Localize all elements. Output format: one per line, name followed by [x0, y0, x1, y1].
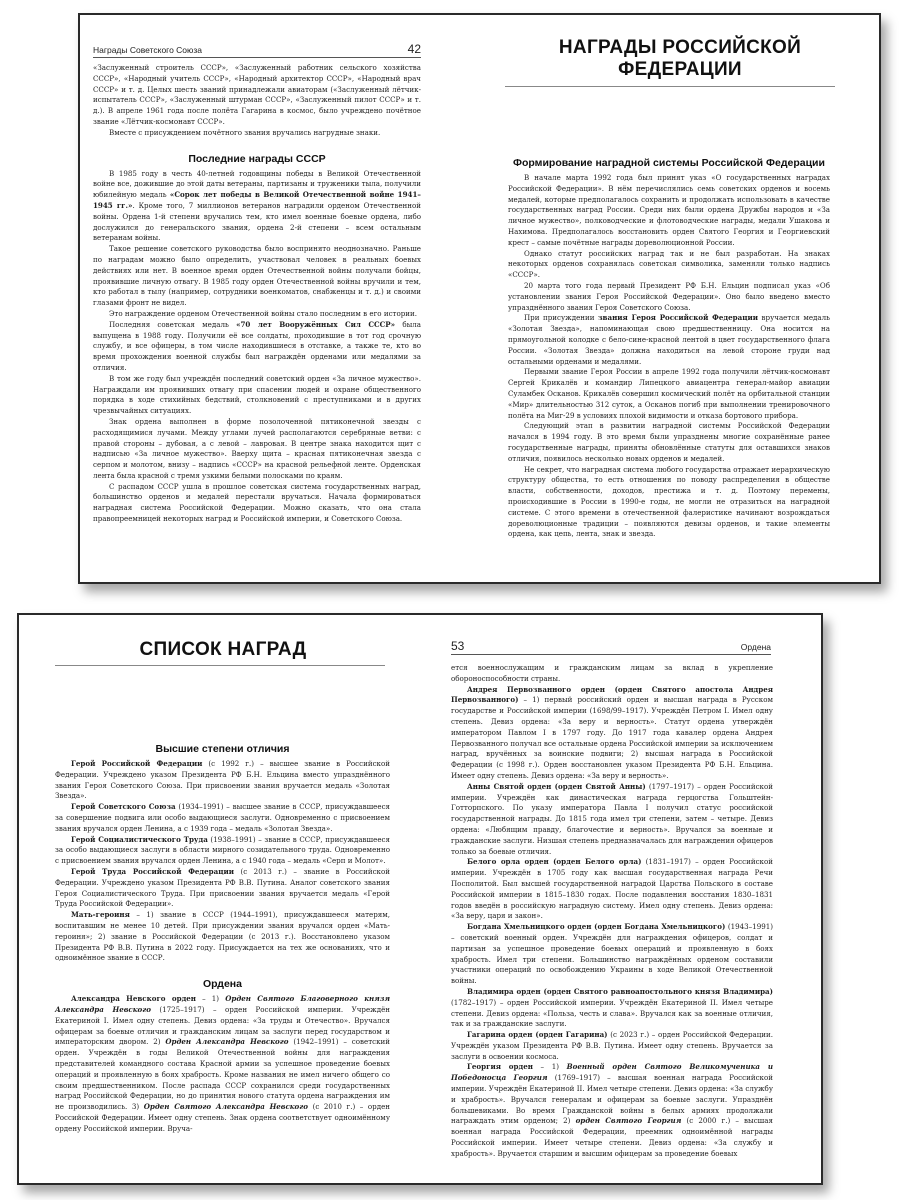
paragraph: В 1985 году в честь 40-летней годовщины … — [93, 169, 421, 245]
body-text: Высшие степени отличия Герой Российской … — [55, 743, 390, 1135]
paragraph: 20 марта того года первый Президент РФ Б… — [508, 281, 830, 313]
body-text: ется военнослужащим и гражданским лицам … — [451, 663, 773, 1160]
bottom-book-spread: СПИСОК НАГРАД Высшие степени отличия Гер… — [17, 613, 823, 1185]
chapter-title: НАГРАДЫ РОССИЙСКОЙ ФЕДЕРАЦИИ — [520, 37, 840, 81]
top-book-spread: Награды Советского Союза 42 «Заслуженный… — [78, 13, 881, 584]
award-entry: Владимира орден (орден Святого равноапос… — [451, 987, 773, 1030]
running-head: 53 Ордена — [451, 636, 771, 655]
paragraph: Это награждение орденом Отечественной во… — [93, 309, 421, 320]
award-entry: Георгия орден – 1) Военный орден Святого… — [451, 1062, 773, 1159]
award-entry: Александра Невского орден – 1) Орден Свя… — [55, 994, 390, 1134]
paragraph: С распадом СССР ушла в прошлое советская… — [93, 482, 421, 525]
page-42: Награды Советского Союза 42 «Заслуженный… — [80, 15, 500, 582]
paragraph: Вместе с присуждением почётного звания в… — [93, 128, 421, 139]
paragraph: Следующий этап в развитии наградной сист… — [508, 421, 830, 464]
running-head-title: Ордена — [741, 642, 771, 652]
award-entry: Герой Российской Федерации (с 1992 г.) –… — [55, 759, 390, 802]
award-entry: Анны Святой орден (орден Святой Анны) (1… — [451, 782, 773, 858]
paragraph: В том же году был учреждён последний сов… — [93, 374, 421, 417]
paragraph: ется военнослужащим и гражданским лицам … — [451, 663, 773, 685]
section-heading: Высшие степени отличия — [55, 743, 390, 756]
award-entry: Герой Советского Союза (1934–1991) – выс… — [55, 802, 390, 834]
section-heading: Последние награды СССР — [93, 153, 421, 166]
section-heading: Формирование наградной системы Российско… — [508, 157, 830, 170]
paragraph: Однако статут российских наград так и не… — [508, 249, 830, 281]
page-number: 53 — [451, 640, 464, 652]
title-divider — [55, 665, 385, 666]
award-entry: Герой Труда Российской Федерации (с 2013… — [55, 867, 390, 910]
paragraph: Такое решение советского руководства был… — [93, 244, 421, 309]
award-entry: Белого орла орден (орден Белого орла) (1… — [451, 857, 773, 922]
paragraph: «Заслуженный строитель СССР», «Заслуженн… — [93, 63, 421, 128]
running-head: Награды Советского Союза 42 — [93, 39, 421, 58]
body-text: «Заслуженный строитель СССР», «Заслуженн… — [93, 63, 421, 525]
section-heading: Ордена — [55, 978, 390, 991]
title-divider — [505, 86, 835, 87]
paragraph: Не секрет, что наградная система любого … — [508, 465, 830, 541]
running-head-title: Награды Советского Союза — [93, 45, 202, 55]
page-53: 53 Ордена ется военнослужащим и гражданс… — [439, 615, 821, 1183]
paragraph: Первыми звание Героя России в апреле 199… — [508, 367, 830, 421]
award-entry: Гагарина орден (орден Гагарина) (с 2023 … — [451, 1030, 773, 1062]
chapter-opening-page: НАГРАДЫ РОССИЙСКОЙ ФЕДЕРАЦИИ Формировани… — [500, 15, 880, 582]
award-entry: Герой Социалистического Труда (1938–1991… — [55, 835, 390, 867]
chapter-title: СПИСОК НАГРАД — [55, 639, 391, 661]
chapter-opening-page: СПИСОК НАГРАД Высшие степени отличия Гер… — [19, 615, 439, 1183]
paragraph: В начале марта 1992 года был принят указ… — [508, 173, 830, 249]
award-entry: Андрея Первозванного орден (орден Святог… — [451, 685, 773, 782]
page-number: 42 — [408, 43, 421, 55]
paragraph: Последняя советская медаль «70 лет Воору… — [93, 320, 421, 374]
award-entry: Богдана Хмельницкого орден (орден Богдан… — [451, 922, 773, 987]
award-entry: Мать-героиня – 1) звание в СССР (1944–19… — [55, 910, 390, 964]
body-text: Формирование наградной системы Российско… — [508, 157, 830, 540]
paragraph: Знак ордена выполнен в форме позолоченно… — [93, 417, 421, 482]
paragraph: При присуждении звания Героя Российской … — [508, 313, 830, 367]
